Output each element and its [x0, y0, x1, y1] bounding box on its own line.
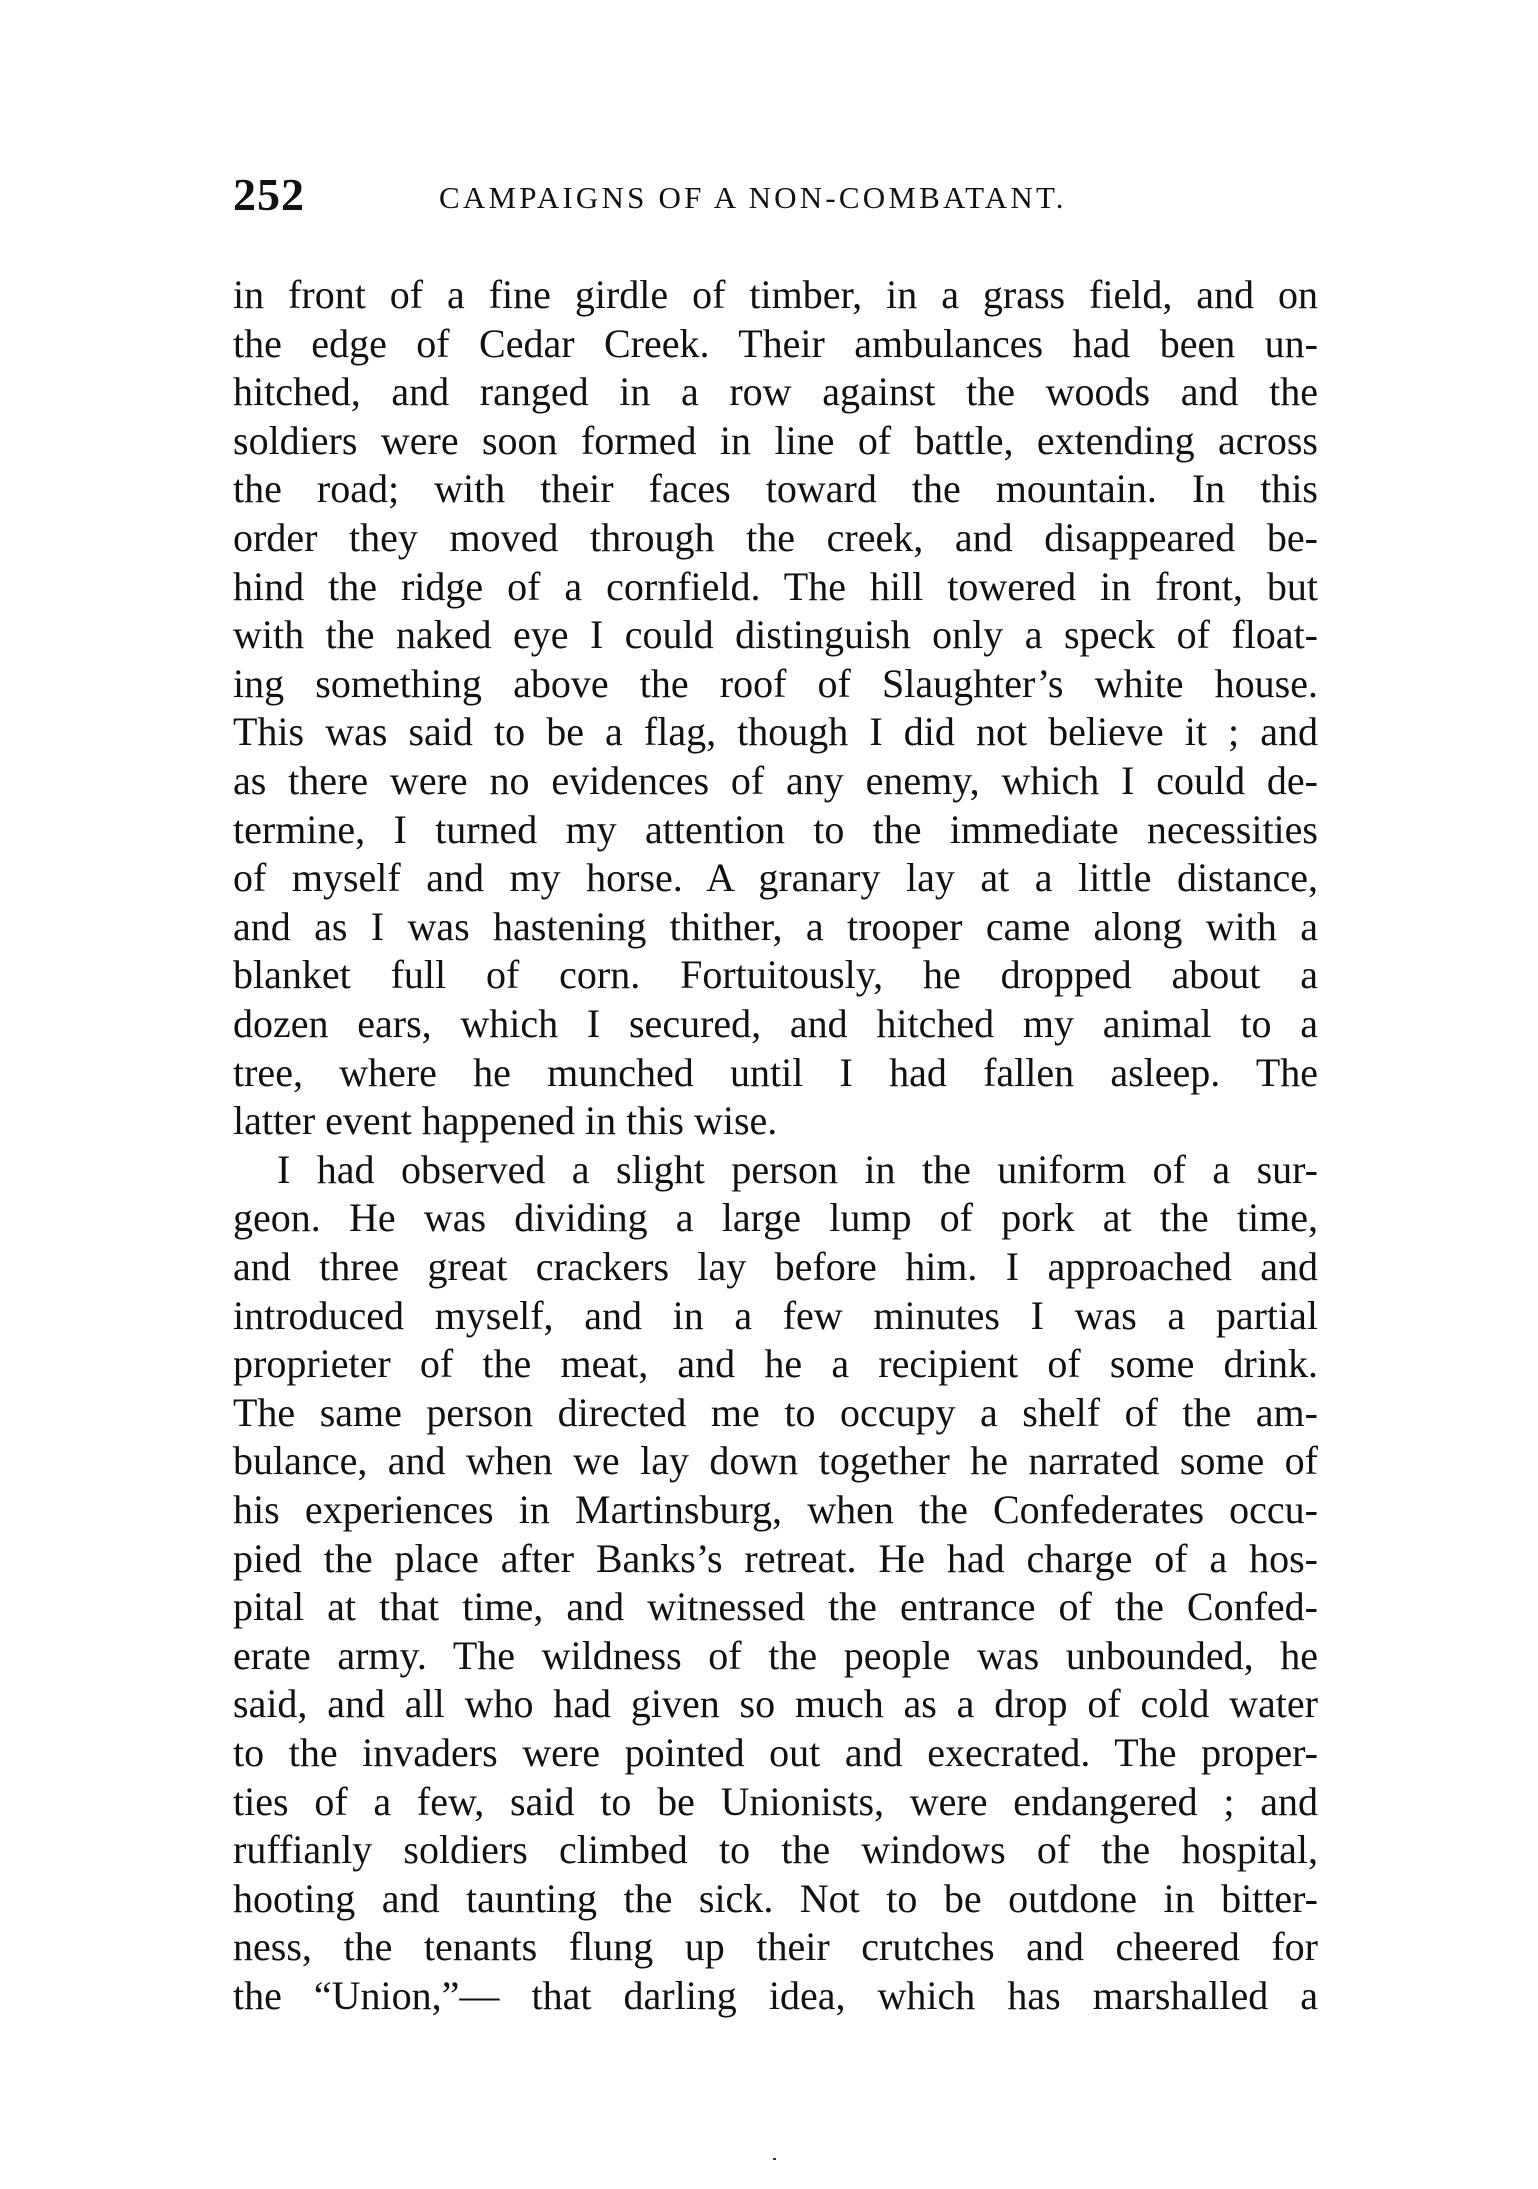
text-line: his experiences in Martinsburg, when the…	[233, 1486, 1318, 1534]
text-line-paragraph-start: I had observed a slight person in the un…	[277, 1146, 1318, 1194]
text-line: ties of a few, said to be Unionists, wer…	[233, 1778, 1318, 1826]
text-line: of myself and my horse. A granary lay at…	[233, 854, 1318, 902]
text-line: hind the ridge of a cornfield. The hill …	[233, 563, 1318, 611]
text-line: This was said to be a flag, though I did…	[233, 708, 1318, 756]
text-line: soldiers were soon formed in line of bat…	[233, 417, 1318, 465]
text-line: hooting and taunting the sick. Not to be…	[233, 1875, 1318, 1923]
text-line: in front of a fine girdle of timber, in …	[233, 271, 1318, 319]
running-title: Campaigns of a Non-Combatant.	[439, 180, 1115, 216]
page-number: 252	[233, 170, 305, 220]
text-line: bulance, and when we lay down together h…	[233, 1437, 1318, 1485]
text-line: ing something above the roof of Slaughte…	[233, 660, 1318, 708]
text-line: pital at that time, and witnessed the en…	[233, 1583, 1318, 1631]
text-line: order they moved through the creek, and …	[233, 514, 1318, 562]
text-line: with the naked eye I could distinguish o…	[233, 611, 1318, 659]
text-line: proprieter of the meat, and he a recipie…	[233, 1340, 1318, 1388]
text-line: tree, where he munched until I had falle…	[233, 1049, 1318, 1097]
text-line: geon. He was dividing a large lump of po…	[233, 1194, 1318, 1242]
text-line: to the invaders were pointed out and exe…	[233, 1729, 1318, 1777]
text-line: the edge of Cedar Creek. Their ambulance…	[233, 320, 1318, 368]
text-line: introduced myself, and in a few minutes …	[233, 1292, 1318, 1340]
text-line: ruffianly soldiers climbed to the window…	[233, 1826, 1318, 1874]
text-line: as there were no evidences of any enemy,…	[233, 757, 1318, 805]
text-line: termine, I turned my attention to the im…	[233, 806, 1318, 854]
text-line: dozen ears, which I secured, and hitched…	[233, 1000, 1318, 1048]
text-line: the “Union,”— that darling idea, which h…	[233, 1972, 1318, 2020]
text-line: erate army. The wildness of the people w…	[233, 1632, 1318, 1680]
text-line: hitched, and ranged in a row against the…	[233, 368, 1318, 416]
text-line: said, and all who had given so much as a…	[233, 1680, 1318, 1728]
text-line-paragraph-end: latter event happened in this wise.	[233, 1097, 1318, 1145]
text-line: and as I was hastening thither, a troope…	[233, 903, 1318, 951]
running-head: 252 Campaigns of a Non-Combatant.	[233, 170, 1318, 220]
book-page: 252 Campaigns of a Non-Combatant. in fro…	[0, 0, 1538, 2189]
text-line: blanket full of corn. Fortuitously, he d…	[233, 951, 1318, 999]
text-line: and three great crackers lay before him.…	[233, 1243, 1318, 1291]
text-line: pied the place after Banks’s retreat. He…	[233, 1535, 1318, 1583]
scan-speck	[773, 2158, 776, 2160]
text-line: ness, the tenants flung up their crutche…	[233, 1923, 1318, 1971]
text-line: The same person directed me to occupy a …	[233, 1389, 1318, 1437]
text-line: the road; with their faces toward the mo…	[233, 465, 1318, 513]
